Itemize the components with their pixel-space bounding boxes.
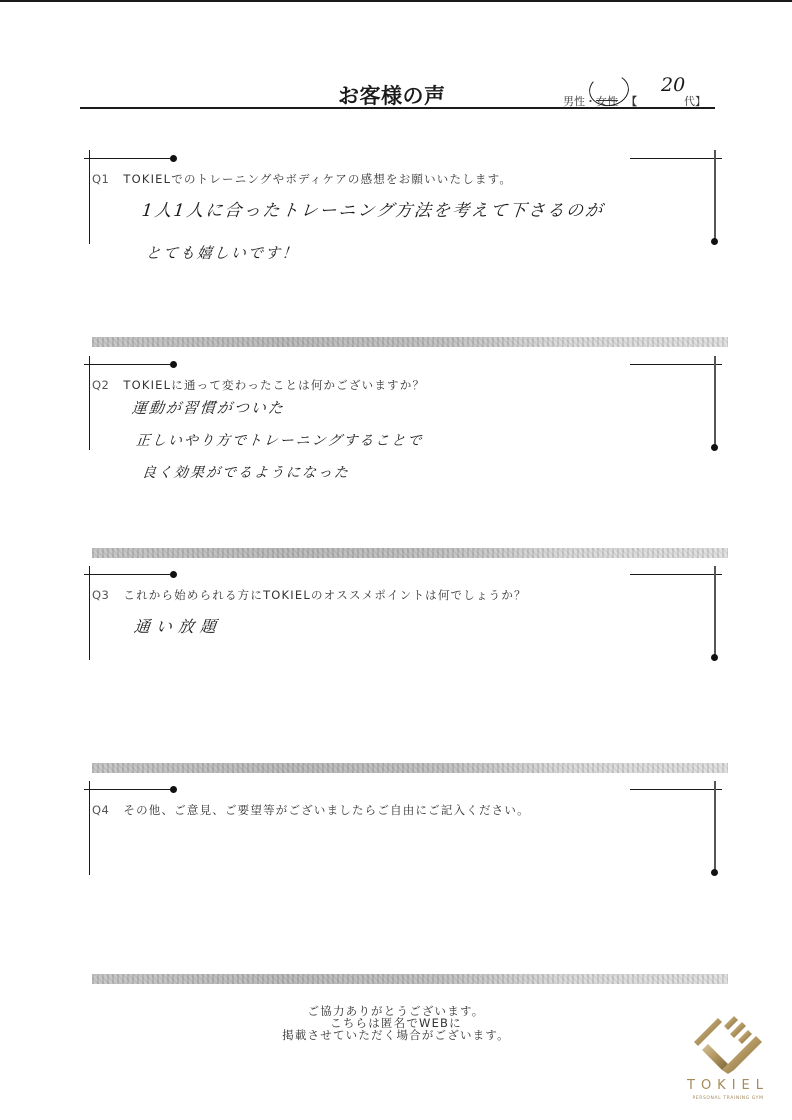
question-section-q2: Q2TOKIELに通って変わったことは何かございますか？ 運動が習慣がついた 正… <box>80 364 730 464</box>
corner-dot <box>711 869 718 876</box>
corner-dot <box>170 155 177 162</box>
textured-divider <box>92 337 728 347</box>
footer-note: ご協力ありがとうございます。 こちらは匿名でWEBに 掲載させていただく場合がご… <box>0 1005 792 1041</box>
page-title: お客様の声 <box>338 80 446 110</box>
frame-left-line <box>89 152 90 244</box>
question-section-q4: Q4その他、ご意見、ご要望等がございましたらご自由にご記入ください。 <box>80 789 730 889</box>
frame-right-line <box>714 356 716 446</box>
question-text: Q1TOKIELでのトレーニングやボディケアの感想をお願いいたします。 <box>92 171 512 187</box>
corner-dot <box>711 444 718 451</box>
question-number: Q1 <box>92 172 109 186</box>
corner-dot <box>170 361 177 368</box>
textured-divider <box>92 974 728 984</box>
question-text: Q2TOKIELに通って変わったことは何かございますか？ <box>92 377 425 393</box>
question-text: Q3これから始められる方にTOKIELのオススメポイントは何でしょうか？ <box>92 587 527 603</box>
tokiel-logo-icon <box>690 1016 766 1074</box>
handwritten-answer-line: とても嬉しいです！ <box>145 242 300 263</box>
logo-tagline: PERSONAL TRAINING GYM <box>678 1096 778 1101</box>
handwritten-answer-line: 通い放題 <box>133 614 223 637</box>
frame-left-line <box>89 568 90 660</box>
tokiel-logo: TOKIEL PERSONAL TRAINING GYM <box>678 1016 778 1106</box>
handwritten-answer-line: 1人1人に合ったトレーニング方法を考えて下さるのが <box>141 196 606 221</box>
age-value-handwritten: 20 <box>661 74 685 96</box>
question-section-q1: Q1TOKIELでのトレーニングやボディケアの感想をお願いいたします。 1人1人… <box>80 158 730 258</box>
handwritten-answer-line: 正しいやり方でトレーニングすることで <box>135 430 425 450</box>
corner-line <box>84 789 174 790</box>
corner-dot <box>170 786 177 793</box>
question-section-q3: Q3これから始められる方にTOKIELのオススメポイントは何でしょうか？ 通い放… <box>80 574 730 674</box>
corner-line <box>84 574 174 575</box>
textured-divider <box>92 763 728 773</box>
corner-dot <box>711 238 718 245</box>
question-label: TOKIELでのトレーニングやボディケアの感想をお願いいたします。 <box>123 172 512 186</box>
header-underline <box>80 107 715 109</box>
question-label: これから始められる方にTOKIELのオススメポイントは何でしょうか？ <box>123 588 526 602</box>
question-label: その他、ご意見、ご要望等がございましたらご自由にご記入ください。 <box>123 803 529 817</box>
textured-divider <box>92 548 728 558</box>
frame-left-line <box>89 783 90 875</box>
question-number: Q4 <box>92 803 109 817</box>
question-text: Q4その他、ご意見、ご要望等がございましたらご自由にご記入ください。 <box>92 802 530 818</box>
logo-wordmark: TOKIEL <box>678 1078 778 1093</box>
top-border-rule <box>0 0 792 2</box>
frame-right-line <box>714 781 716 871</box>
footer-line: 掲載させていただく場合がございます。 <box>0 1029 792 1041</box>
frame-right-line <box>714 566 716 656</box>
handwritten-answer-line: 良く効果がでるようになった <box>141 462 351 482</box>
question-number: Q2 <box>92 378 109 392</box>
handwritten-answer-line: 運動が習慣がついた <box>131 397 286 418</box>
corner-dot <box>711 654 718 661</box>
question-label: TOKIELに通って変わったことは何かございますか？ <box>123 378 425 392</box>
corner-line <box>84 364 174 365</box>
frame-right-line <box>714 150 716 240</box>
corner-line <box>84 158 174 159</box>
strike-mark <box>596 100 618 101</box>
corner-dot <box>170 571 177 578</box>
question-number: Q3 <box>92 588 109 602</box>
frame-left-line <box>89 358 90 450</box>
